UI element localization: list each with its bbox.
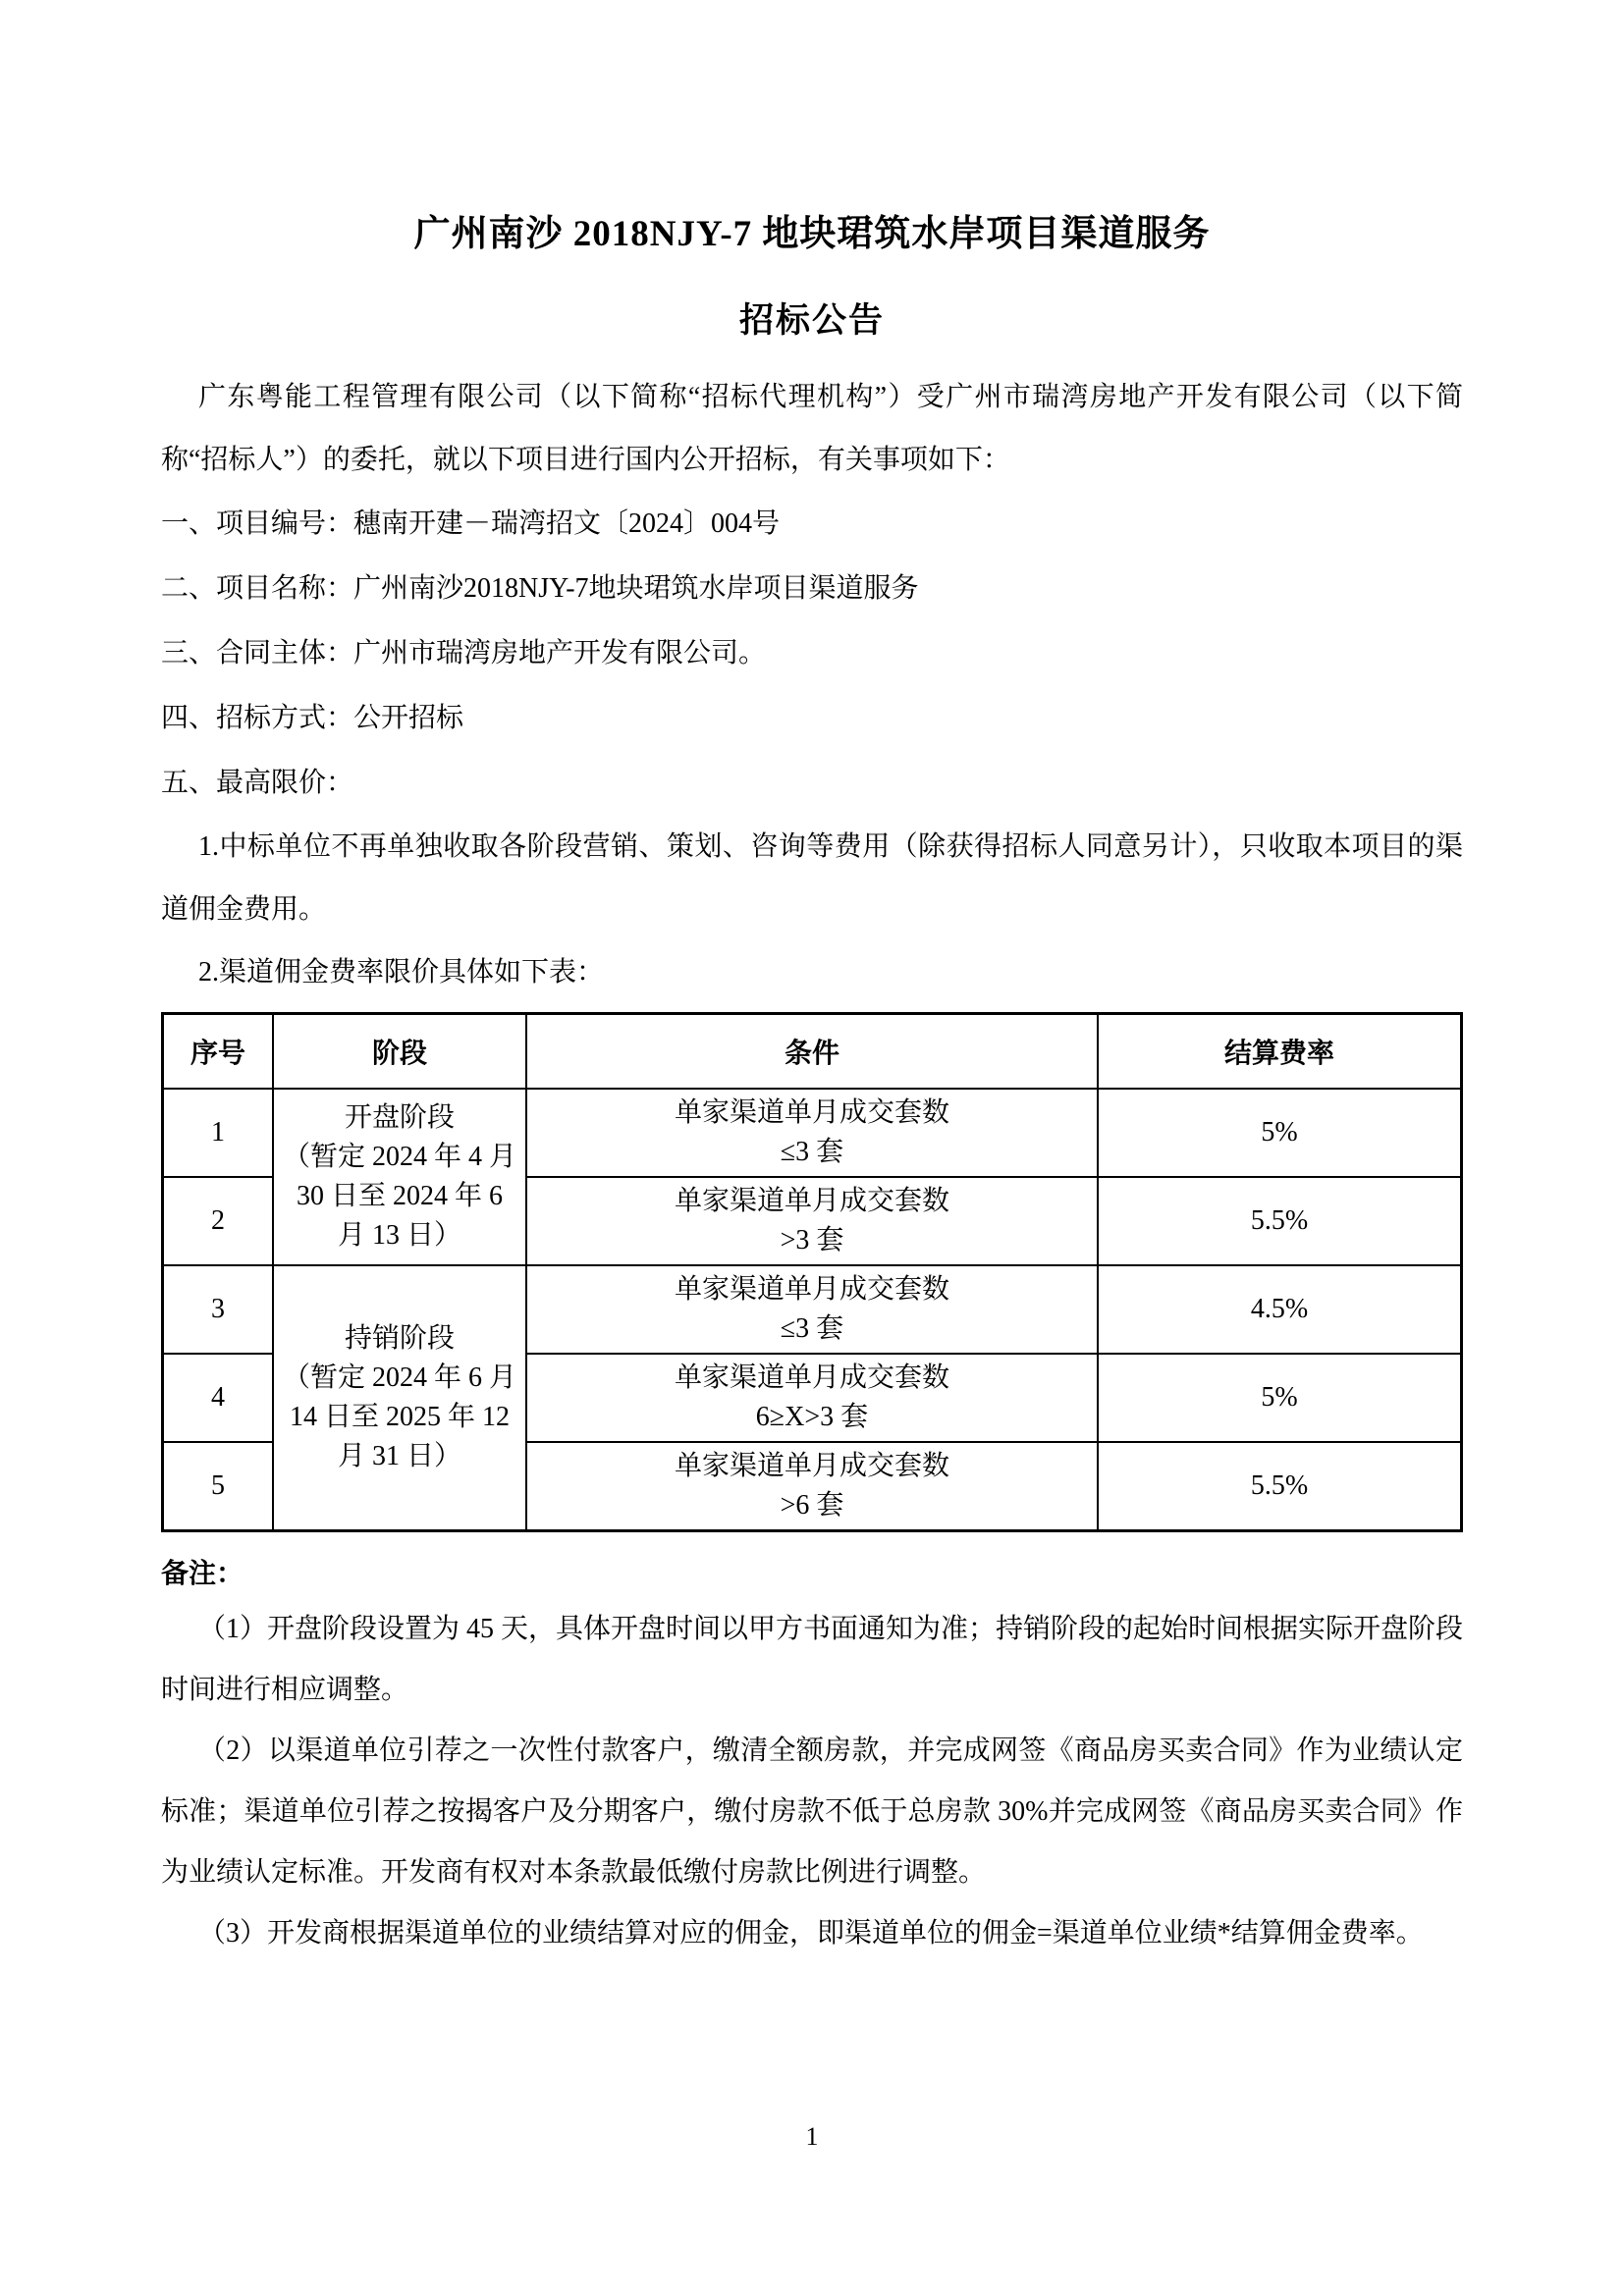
document-subtitle: 招标公告 <box>161 297 1463 345</box>
cell-stage: 持销阶段 （暂定 2024 年 6 月 14 日至 2025 年 12 月 31… <box>273 1265 526 1531</box>
remark-3: （3）开发商根据渠道单位的业绩结算对应的佣金，即渠道单位的佣金=渠道单位业绩*结… <box>161 1903 1463 1964</box>
cell-rate: 5.5% <box>1098 1442 1461 1531</box>
remarks-label: 备注： <box>161 1550 1463 1599</box>
cell-rate: 5% <box>1098 1089 1461 1177</box>
table-row: 3 持销阶段 （暂定 2024 年 6 月 14 日至 2025 年 12 月 … <box>163 1265 1462 1354</box>
clause-commission-only: 1.中标单位不再单独收取各阶段营销、策划、咨询等费用（除获得招标人同意另计），只… <box>161 816 1463 941</box>
item-project-name: 二、项目名称：广州南沙2018NJY-7地块珺筑水岸项目渠道服务 <box>161 557 1463 621</box>
cell-stage: 开盘阶段 （暂定 2024 年 4 月 30 日至 2024 年 6 月 13 … <box>273 1089 526 1265</box>
cell-no: 4 <box>163 1354 273 1442</box>
cell-condition: 单家渠道单月成交套数 ≤3 套 <box>526 1265 1098 1354</box>
remark-2: （2）以渠道单位引荐之一次性付款客户，缴清全额房款，并完成网签《商品房买卖合同》… <box>161 1721 1463 1903</box>
item-tender-method: 四、招标方式：公开招标 <box>161 686 1463 751</box>
cell-rate: 5.5% <box>1098 1177 1461 1265</box>
header-stage: 阶段 <box>273 1014 526 1089</box>
table-header-row: 序号 阶段 条件 结算费率 <box>163 1014 1462 1089</box>
commission-rate-table: 序号 阶段 条件 结算费率 1 开盘阶段 （暂定 2024 年 4 月 30 日… <box>161 1012 1463 1532</box>
header-condition: 条件 <box>526 1014 1098 1089</box>
cell-condition: 单家渠道单月成交套数 6≥X>3 套 <box>526 1354 1098 1442</box>
document-title: 广州南沙 2018NJY-7 地块珺筑水岸项目渠道服务 <box>161 211 1463 258</box>
cell-condition: 单家渠道单月成交套数 ≤3 套 <box>526 1089 1098 1177</box>
item-price-cap: 五、最高限价： <box>161 751 1463 816</box>
cell-no: 5 <box>163 1442 273 1531</box>
item-project-number: 一、项目编号：穗南开建－瑞湾招文〔2024〕004号 <box>161 492 1463 557</box>
cell-rate: 4.5% <box>1098 1265 1461 1354</box>
document-page: 广州南沙 2018NJY-7 地块珺筑水岸项目渠道服务 招标公告 广东粤能工程管… <box>0 0 1624 2296</box>
cell-condition: 单家渠道单月成交套数 >3 套 <box>526 1177 1098 1265</box>
table-row: 1 开盘阶段 （暂定 2024 年 4 月 30 日至 2024 年 6 月 1… <box>163 1089 1462 1177</box>
cell-no: 3 <box>163 1265 273 1354</box>
cell-condition: 单家渠道单月成交套数 >6 套 <box>526 1442 1098 1531</box>
clause-rate-table-intro: 2.渠道佣金费率限价具体如下表： <box>161 941 1463 1004</box>
cell-no: 2 <box>163 1177 273 1265</box>
header-no: 序号 <box>163 1014 273 1089</box>
intro-paragraph: 广东粤能工程管理有限公司（以下简称“招标代理机构”）受广州市瑞湾房地产开发有限公… <box>161 366 1463 492</box>
page-number: 1 <box>0 2122 1624 2152</box>
remark-1: （1）开盘阶段设置为 45 天，具体开盘时间以甲方书面通知为准；持销阶段的起始时… <box>161 1599 1463 1721</box>
cell-no: 1 <box>163 1089 273 1177</box>
header-rate: 结算费率 <box>1098 1014 1461 1089</box>
cell-rate: 5% <box>1098 1354 1461 1442</box>
document-content: 广州南沙 2018NJY-7 地块珺筑水岸项目渠道服务 招标公告 广东粤能工程管… <box>0 0 1624 1964</box>
item-contract-party: 三、合同主体：广州市瑞湾房地产开发有限公司。 <box>161 621 1463 686</box>
